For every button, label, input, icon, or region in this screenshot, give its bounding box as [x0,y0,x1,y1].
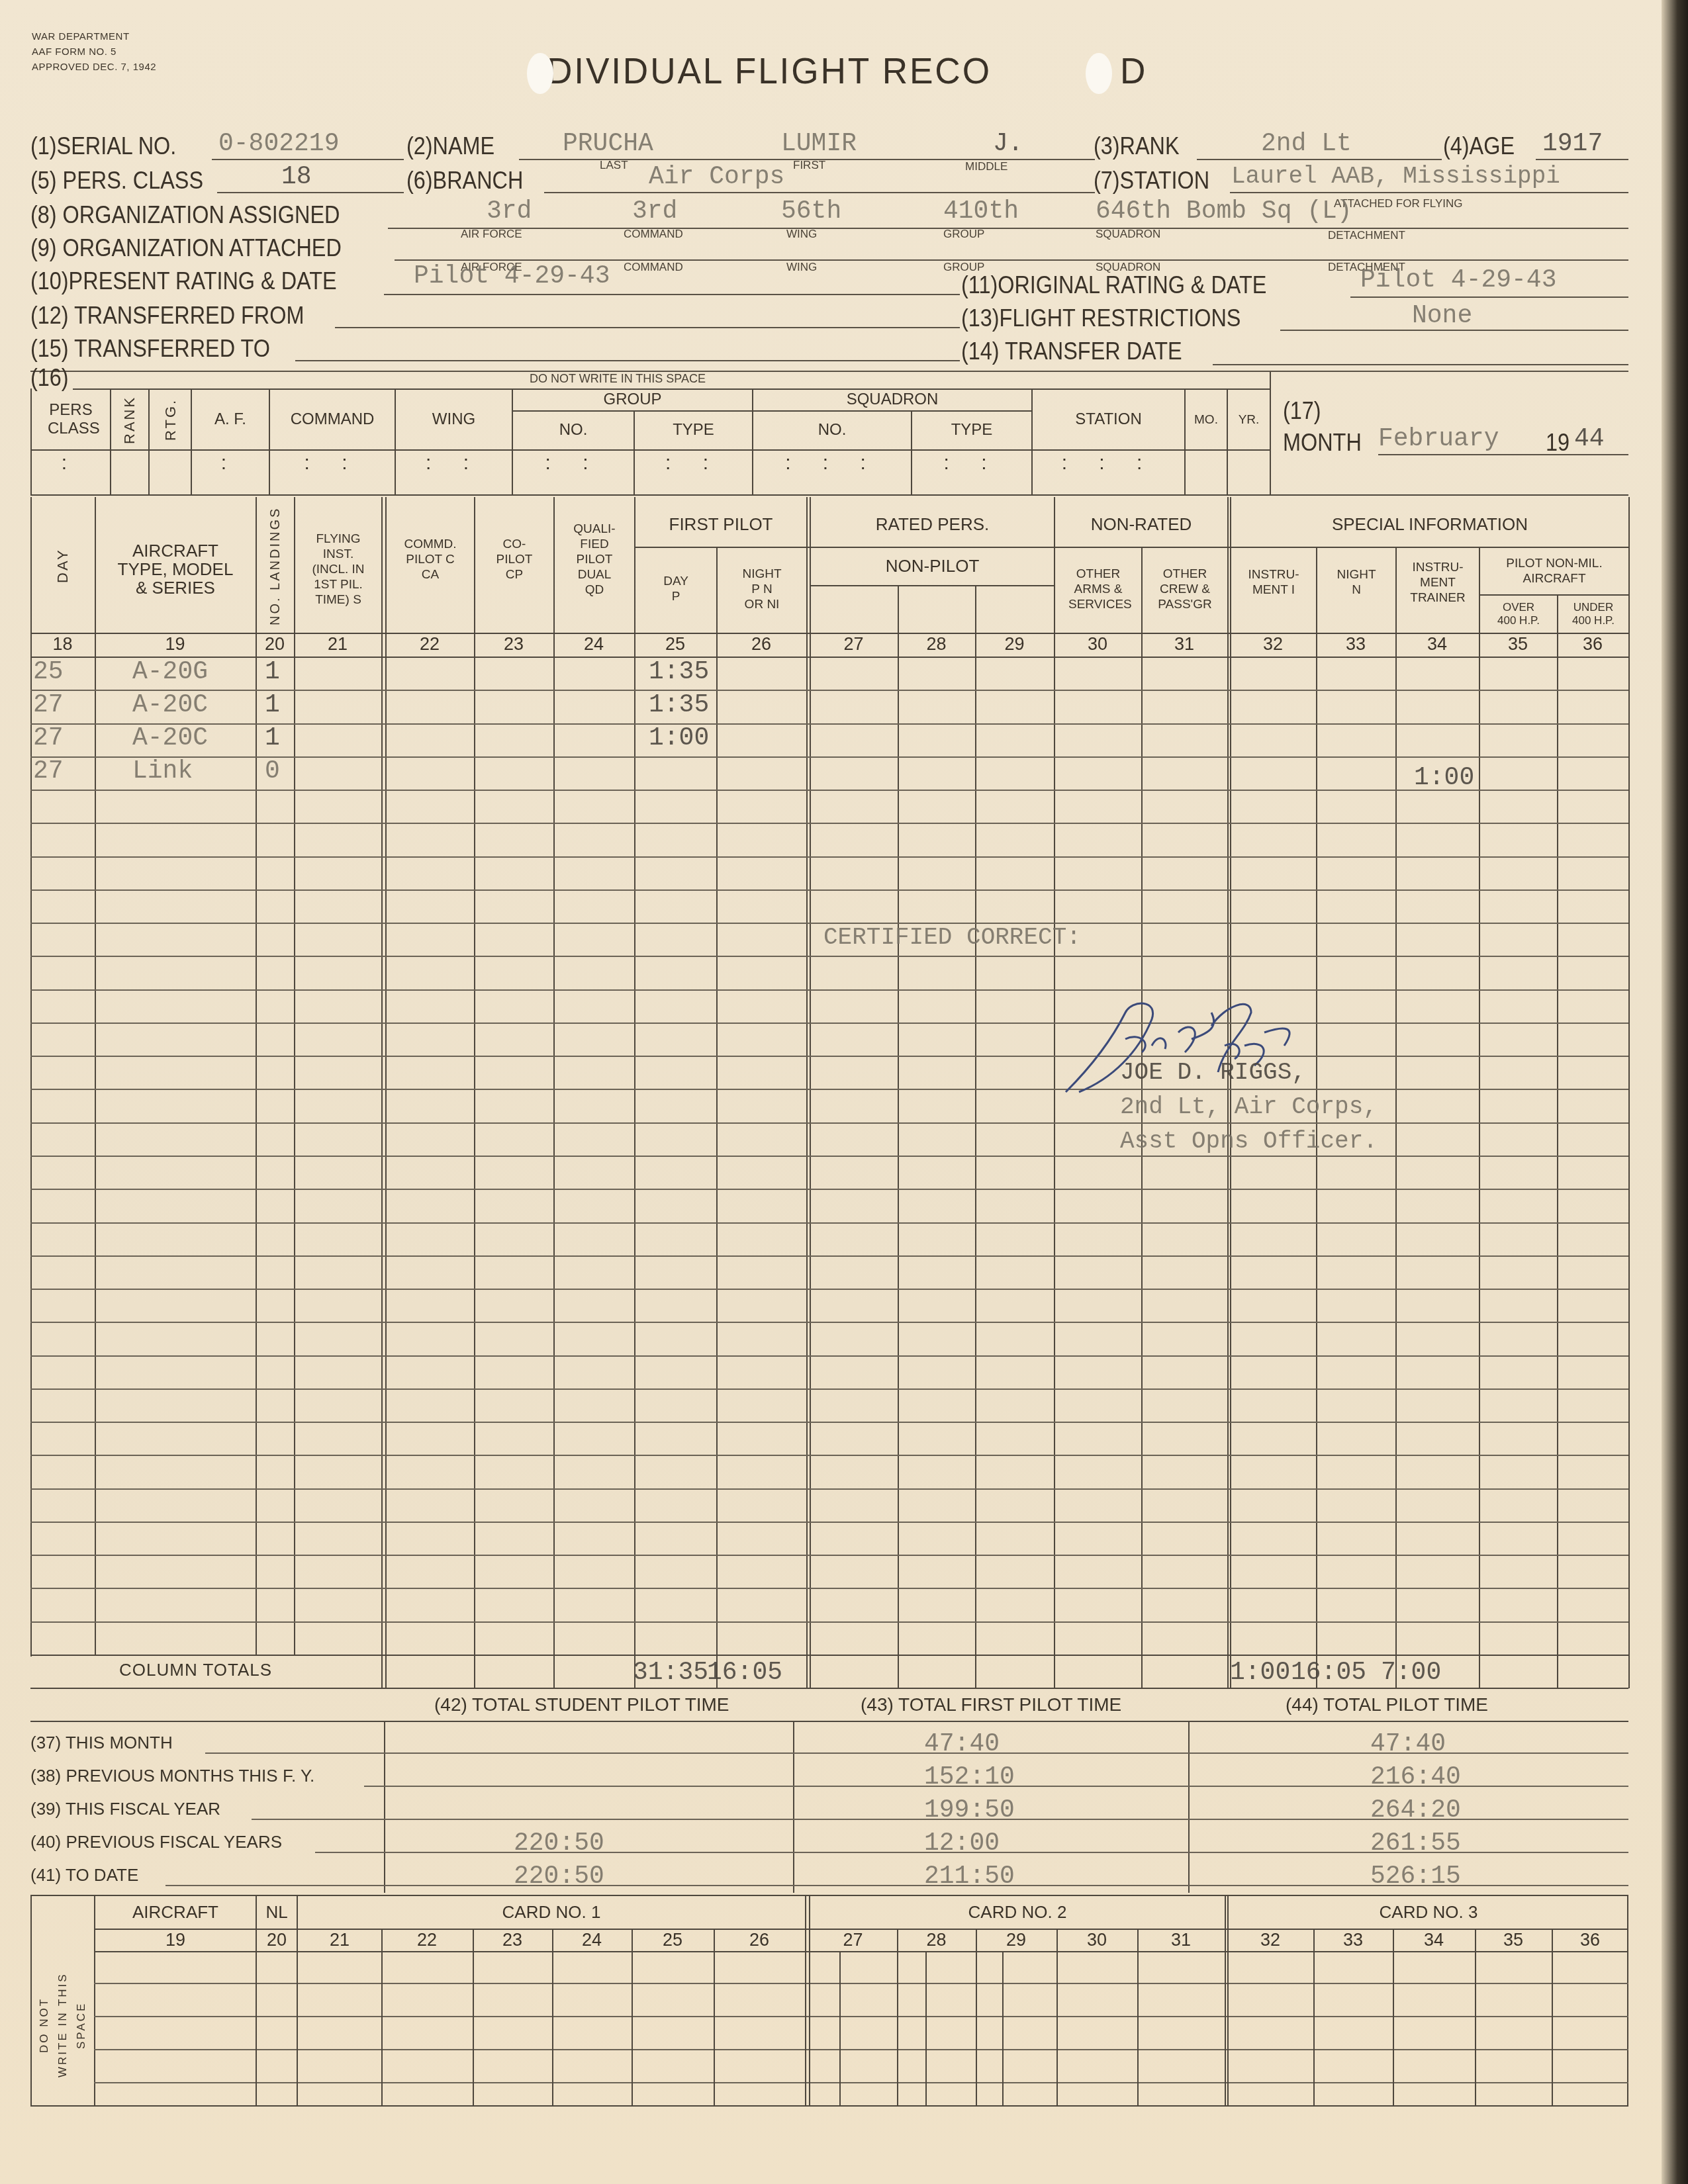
coding-dots: : [192,457,269,470]
summary-total-pilot-value: 216:40 [1370,1763,1461,1792]
col-number: 34 [1395,634,1479,655]
col-header-night: NIGHT N [1317,549,1395,615]
summary-row-label: (41) TO DATE [30,1865,138,1886]
month-label: MONTH [1283,429,1362,457]
summary-row-label: (38) PREVIOUS MONTHS THIS F. Y. [30,1766,314,1786]
col-number: 36 [1557,634,1628,655]
card-header-card3: CARD NO. 3 [1229,1897,1628,1927]
card-col-number: 25 [632,1930,714,1950]
total-instrument-trainer: 7:00 [1381,1659,1441,1687]
present-rating-value[interactable]: Pilot 4-29-43 [414,262,610,291]
col-header-pilot-non-mil: PILOT NON-MIL. AIRCRAFT [1480,549,1628,593]
coding-block-label: (16) [30,364,69,392]
col-header-rated-pers: RATED PERS. [811,503,1054,545]
summary-row-label: (40) PREVIOUS FISCAL YEARS [30,1832,282,1852]
caption-first: FIRST [793,159,825,172]
col-header-aircraft: AIRCRAFT TYPE, MODEL & SERIES [99,510,252,629]
grid-row-rule [30,1255,1628,1257]
grid-row-rule [30,1455,1628,1456]
col-header-co-pilot: CO- PILOT CP [477,510,552,609]
summary-total-pilot-value: 261:55 [1370,1829,1461,1858]
col-header-special-info: SPECIAL INFORMATION [1231,503,1628,545]
original-rating-value[interactable]: Pilot 4-29-43 [1360,266,1556,295]
age-value[interactable]: 1917 [1542,130,1603,158]
month-label-number: (17) [1283,397,1321,425]
certified-correct: CERTIFIED CORRECT: [823,924,1081,951]
col-header-first-day: DAY P [635,549,716,629]
grid-row-rule [30,1322,1628,1323]
caption-air-force: AIR FORCE [461,228,522,241]
grid-row-rule [30,1156,1628,1157]
summary-first-pilot-value: 152:10 [924,1763,1015,1792]
summary-row-label: (39) THIS FISCAL YEAR [30,1799,220,1819]
summary-header-student: (42) TOTAL STUDENT PILOT TIME [434,1694,729,1715]
grid-row-rule [30,1555,1628,1556]
entry-landings: 1 [265,658,280,686]
coding-dots: : : [396,457,512,470]
card-col-number: 28 [897,1930,976,1950]
form-number-label: AAF FORM NO. 5 [32,44,156,60]
entry-day: 27 [33,691,64,719]
total-instrument: 1:00 [1230,1659,1290,1687]
pers-class-value[interactable]: 18 [281,163,312,191]
coding-col-group: GROUP [513,390,752,410]
coding-col-group-no: NO. [513,412,633,449]
serial-label: (1)SERIAL NO. [30,132,176,160]
card-col-number: 20 [257,1930,297,1950]
entry-day: 25 [33,658,64,686]
card-header-card2: CARD NO. 2 [810,1897,1225,1927]
coding-col-mo: MO. [1186,390,1227,449]
summary-row-label: (37) THIS MONTH [30,1733,173,1753]
card-side-note: DO NOT WRITE IN THIS SPACE [40,1959,86,2091]
transferred-from-label: (12) TRANSFERRED FROM [30,302,304,330]
card-header-nl: NL [257,1897,297,1927]
entry-first-pilot-day: 1:35 [649,658,709,686]
col-number: 22 [385,634,474,655]
coding-col-squadron: SQUADRON [753,390,1031,410]
rank-label: (3)RANK [1094,132,1180,160]
entry-landings: 1 [265,691,280,719]
org-assigned-wing[interactable]: 56th [781,197,841,226]
col-header-qualified: QUALI- FIED PILOT DUAL QD [556,510,633,609]
col-header-commd-pilot: COMMD. PILOT C CA [388,510,473,609]
grid-row-rule [30,1289,1628,1290]
flight-restrictions-value[interactable]: None [1412,302,1472,330]
org-assigned-group[interactable]: 410th [943,197,1019,226]
grid-row-rule [30,1189,1628,1190]
name-last-value[interactable]: PRUCHA [563,130,653,158]
grid-row-rule [30,989,1628,991]
grid-row-rule [30,1388,1628,1390]
card-col-number: 26 [714,1930,805,1950]
total-night: 16:05 [1291,1659,1366,1687]
col-number: 25 [634,634,716,655]
grid-row-rule [30,823,1628,824]
certifier-name: JOE D. RIGGS, [1120,1059,1306,1086]
coding-col-squadron-no: NO. [753,412,911,449]
page-edge-shadow [1662,0,1688,2184]
month-value[interactable]: February [1378,425,1499,453]
col-number: 20 [256,634,294,655]
org-attached-label: (9) ORGANIZATION ATTACHED [30,234,342,262]
grid-row-rule [30,889,1628,891]
caption-middle: MIDDLE [965,160,1008,173]
coding-col-rtg: RTG. [159,392,183,447]
station-value[interactable]: Laurel AAB, Mississippi [1231,163,1560,190]
col-number: 35 [1479,634,1557,655]
col-number: 19 [95,634,256,655]
entry-aircraft: A-20C [132,691,208,719]
coding-col-pers-class: PERS CLASS [32,390,110,449]
col-number: 27 [810,634,898,655]
grid-row-rule [30,1222,1628,1224]
card-col-number: 30 [1056,1930,1137,1950]
grid-row-rule [30,790,1628,791]
coding-col-command: COMMAND [270,390,395,449]
coding-dots: : : [635,457,752,470]
total-first-pilot-night: 16:05 [707,1659,782,1687]
col-header-other-crew: OTHER CREW & PASS'GR [1143,549,1227,629]
entry-landings: 0 [265,757,280,786]
transferred-to-label: (15) TRANSFERRED TO [30,335,270,363]
certifier-rank: 2nd Lt, Air Corps, [1120,1093,1378,1120]
grid-row-rule [30,1355,1628,1357]
card-col-number: 21 [298,1930,381,1950]
flight-restrictions-label: (13)FLIGHT RESTRICTIONS [961,304,1241,332]
card-col-number: 23 [473,1930,552,1950]
certifier-title: Asst Opns Officer. [1120,1128,1378,1155]
col-header-non-pilot: NON-PILOT [811,548,1054,584]
col-header-non-rated: NON-RATED [1055,503,1227,545]
org-assigned-air-force[interactable]: 3rd [487,197,532,226]
col-header-instr-trainer: INSTRU- MENT TRAINER [1397,549,1479,615]
column-totals-label: COLUMN TOTALS [119,1660,272,1680]
coding-dots: : : [513,457,633,470]
col-header-landings: NO. LANDINGS [262,503,289,629]
name-first-value[interactable]: LUMIR [781,130,857,158]
col-number: 28 [898,634,975,655]
summary-student-value: 220:50 [514,1829,604,1858]
col-header-first-night: NIGHT P N OR NI [718,549,806,629]
year-value[interactable]: 44 [1574,425,1605,453]
form-title-end: D [1120,49,1147,92]
entry-day: 27 [33,724,64,752]
card-col-number: 36 [1552,1930,1628,1950]
caption-last: LAST [600,159,628,172]
coding-col-squadron-type: TYPE [912,412,1031,449]
caption-detachment: DETACHMENT [1328,229,1405,242]
card-col-number: 34 [1393,1930,1475,1950]
summary-student-value: 220:50 [514,1862,604,1891]
grid-row-rule [30,1122,1628,1124]
caption-command-2: COMMAND [624,261,683,274]
entry-first-pilot-day: 1:35 [649,691,709,719]
form-header-block: WAR DEPARTMENT AAF FORM NO. 5 APPROVED D… [32,29,156,75]
col-number: 29 [975,634,1054,655]
grid-row-rule [30,1089,1628,1090]
grid-row-rule [30,1422,1628,1423]
branch-value[interactable]: Air Corps [649,163,784,191]
col-number: 18 [30,634,95,655]
form-title: DIVIDUAL FLIGHT RECO [547,49,992,92]
total-first-pilot-day: 31:35 [633,1659,708,1687]
col-number: 31 [1141,634,1227,655]
do-not-write-note: DO NOT WRITE IN THIS SPACE [530,372,706,386]
entry-first-pilot-day: 1:00 [649,724,709,752]
serial-value[interactable]: 0-802219 [218,130,339,158]
col-number: 30 [1054,634,1141,655]
coding-col-yr: YR. [1228,390,1270,449]
coding-dots: : : [912,457,1031,470]
summary-first-pilot-value: 12:00 [924,1829,1000,1858]
branch-label: (6)BRANCH [406,167,523,195]
col-header-instrument: INSTRU- MENT I [1231,549,1316,615]
coding-col-wing: WING [396,390,512,449]
summary-header-first-pilot: (43) TOTAL FIRST PILOT TIME [861,1694,1121,1715]
entry-instrument-trainer: 1:00 [1414,764,1474,792]
caption-squadron: SQUADRON [1096,228,1160,241]
entry-aircraft: A-20G [132,658,208,686]
card-col-number: 33 [1313,1930,1393,1950]
punch-hole [527,53,553,94]
summary-total-pilot-value: 264:20 [1370,1796,1461,1825]
punch-hole [1086,53,1112,94]
col-number: 32 [1230,634,1316,655]
card-col-number: 32 [1227,1930,1313,1950]
card-col-number: 22 [381,1930,473,1950]
col-number: 33 [1316,634,1395,655]
col-header-under-400: UNDER 400 H.P. [1558,596,1628,633]
summary-first-pilot-value: 47:40 [924,1730,1000,1758]
grid-row-rule [30,1023,1628,1024]
coding-dots: : : : [753,457,911,470]
card-col-number: 29 [976,1930,1056,1950]
col-number: 24 [553,634,634,655]
age-label: (4)AGE [1443,132,1515,160]
transfer-date-label: (14) TRANSFER DATE [961,338,1182,365]
entry-landings: 1 [265,724,280,752]
card-header-aircraft: AIRCRAFT [95,1897,256,1927]
caption-wing: WING [786,228,817,241]
card-col-number: 35 [1475,1930,1552,1950]
name-middle-value[interactable]: J. [993,130,1023,158]
grid-row-rule [30,1588,1628,1589]
department-label: WAR DEPARTMENT [32,29,156,44]
present-rating-label: (10)PRESENT RATING & DATE [30,267,337,295]
original-rating-label: (11)ORIGINAL RATING & DATE [961,271,1266,299]
summary-header-total-pilot: (44) TOTAL PILOT TIME [1286,1694,1488,1715]
entry-aircraft: A-20C [132,724,208,752]
approved-label: APPROVED DEC. 7, 1942 [32,60,156,75]
org-assigned-squadron[interactable]: 646th Bomb Sq (L) [1096,197,1352,226]
station-label: (7)STATION [1094,167,1209,195]
col-number: 23 [474,634,553,655]
rank-value[interactable]: 2nd Lt [1261,130,1352,158]
col-header-day: DAY [40,503,86,629]
org-assigned-command[interactable]: 3rd [632,197,677,226]
coding-col-af: A. F. [192,390,269,449]
grid-row-rule [30,1522,1628,1523]
coding-dots: : [32,457,110,470]
grid-row-rule [30,1056,1628,1057]
grid-row-rule [30,1621,1628,1623]
caption-attached-for-flying: ATTACHED FOR FLYING [1334,197,1463,210]
card-col-number: 27 [809,1930,897,1950]
coding-dots: : : : [1033,457,1184,470]
summary-total-pilot-value: 526:15 [1370,1862,1461,1891]
col-number: 26 [716,634,806,655]
caption-wing-2: WING [786,261,817,274]
coding-dots: : : [270,457,395,470]
entry-aircraft: Link [132,757,193,786]
summary-total-pilot-value: 47:40 [1370,1730,1446,1758]
card-col-number: 24 [552,1930,632,1950]
summary-first-pilot-value: 211:50 [924,1862,1015,1891]
card-header-card1: CARD NO. 1 [298,1897,805,1927]
col-header-other-arms: OTHER ARMS & SERVICES [1056,549,1140,629]
summary-first-pilot-value: 199:50 [924,1796,1015,1825]
org-assigned-label: (8) ORGANIZATION ASSIGNED [30,201,340,229]
grid-row-rule [30,856,1628,858]
coding-col-rank: RANK [118,392,142,447]
col-header-over-400: OVER 400 H.P. [1480,596,1557,633]
grid-row-rule [30,1488,1628,1490]
name-label: (2)NAME [406,132,494,160]
year-prefix: 19 [1546,429,1570,457]
col-number: 21 [294,634,381,655]
col-header-flying-inst: FLYING INST. (INCL. IN 1ST PIL. TIME) S [297,510,380,629]
caption-group: GROUP [943,228,984,241]
card-col-number: 31 [1137,1930,1225,1950]
caption-command: COMMAND [624,228,683,241]
coding-col-station: STATION [1033,390,1184,449]
card-col-number: 19 [95,1930,256,1950]
col-header-first-pilot: FIRST PILOT [635,503,806,545]
coding-col-group-type: TYPE [635,412,752,449]
entry-day: 27 [33,757,64,786]
grid-row-rule [30,956,1628,957]
pers-class-label: (5) PERS. CLASS [30,167,203,195]
